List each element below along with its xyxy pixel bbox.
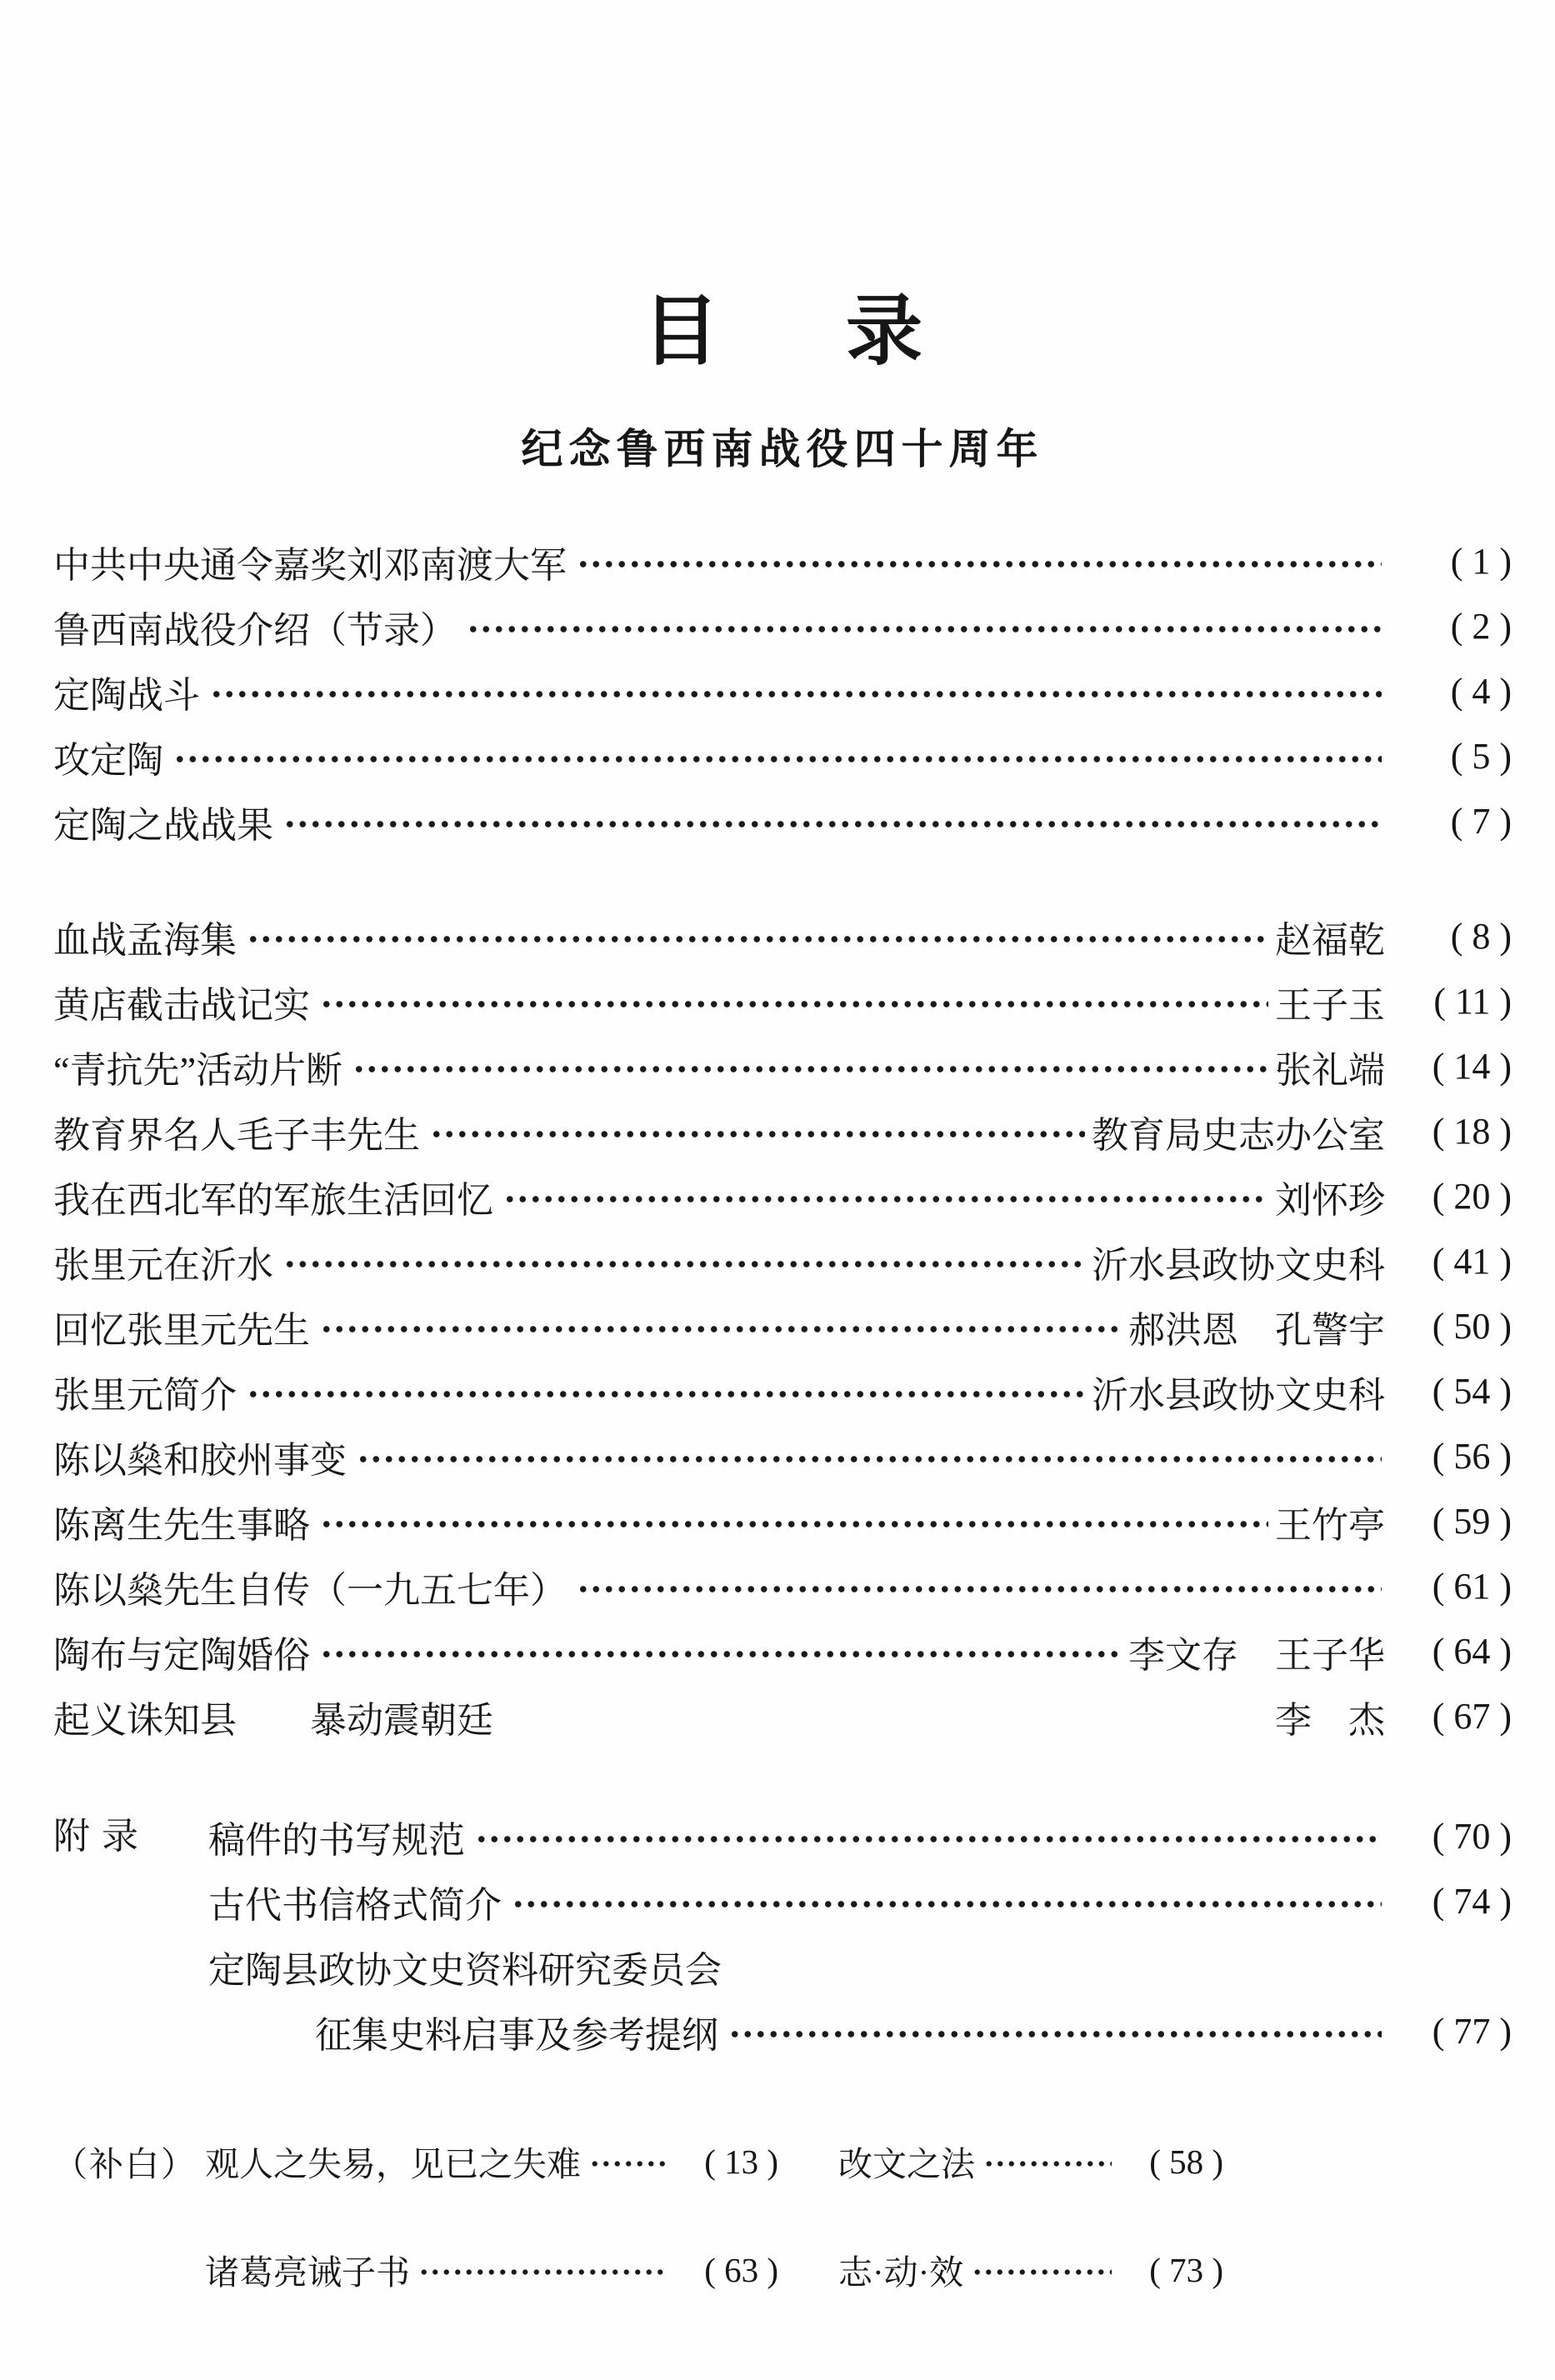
filler-item: 改文之法( 58 ) bbox=[838, 2137, 1223, 2186]
appendix-section: 附录 稿件的书写规范( 70 )古代书信格式简介( 74 )定陶县政协文史资料研… bbox=[53, 1804, 1512, 2064]
entry-page: ( 64 ) bbox=[1388, 1630, 1512, 1672]
entry-author: 沂水县政协文史科 bbox=[1092, 1365, 1385, 1418]
entry-title: 张里元在沂水 bbox=[53, 1235, 273, 1288]
toc-entry: 定陶县政协文史资料研究委员会 bbox=[208, 1934, 1512, 1999]
entry-author: 教育局史志办公室 bbox=[1092, 1105, 1385, 1158]
dotted-leader bbox=[173, 741, 1382, 777]
toc-entry: 起义诛知县 暴动震朝廷李 杰( 67 ) bbox=[53, 1684, 1512, 1749]
toc-entry: 张里元在沂水沂水县政协文史科( 41 ) bbox=[53, 1229, 1512, 1294]
entry-title: 陈离生先生事略 bbox=[53, 1495, 310, 1548]
toc-entry: 陈以燊和胶州事变( 56 ) bbox=[53, 1424, 1512, 1489]
entry-page: ( 58 ) bbox=[1117, 2142, 1223, 2182]
entry-page: ( 56 ) bbox=[1388, 1435, 1512, 1477]
entry-page: ( 54 ) bbox=[1388, 1370, 1512, 1412]
dotted-leader bbox=[283, 1246, 1085, 1282]
entry-title: 张里元简介 bbox=[53, 1365, 237, 1418]
entry-title: 陶布与定陶婚俗 bbox=[53, 1625, 310, 1678]
dotted-leader bbox=[320, 1636, 1122, 1672]
toc-entry: 我在西北军的军旅生活回忆刘怀珍( 20 ) bbox=[53, 1164, 1512, 1229]
toc-entry: 鲁西南战役介绍（节录）( 2 ) bbox=[53, 594, 1512, 659]
filler-item: 诸葛亮诫子书( 63 ) bbox=[205, 2245, 778, 2294]
dotted-leader bbox=[577, 546, 1382, 582]
entry-title: 攻定陶 bbox=[53, 730, 163, 783]
dotted-leader bbox=[430, 1116, 1085, 1152]
entry-page: ( 20 ) bbox=[1388, 1175, 1512, 1217]
entry-title: 教育界名人毛子丰先生 bbox=[53, 1105, 420, 1158]
toc-entry: 黄店截击战记实王子玉( 11 ) bbox=[53, 969, 1512, 1034]
filler-row: 诸葛亮诫子书( 63 )志·动·效( 73 ) bbox=[53, 2216, 1512, 2324]
filler-row: （补白）观人之失易，见已之失难( 13 )改文之法( 58 ) bbox=[53, 2107, 1512, 2216]
filler-item: 观人之失易，见已之失难( 13 ) bbox=[205, 2137, 778, 2186]
entry-author: 张礼端 bbox=[1275, 1040, 1385, 1093]
toc-entry: 血战孟海集赵福乾( 8 ) bbox=[53, 904, 1512, 969]
dotted-leader bbox=[247, 1376, 1085, 1412]
dotted-leader bbox=[357, 1441, 1382, 1477]
entry-title: 回忆张里元先生 bbox=[53, 1300, 310, 1353]
entry-page: ( 41 ) bbox=[1388, 1240, 1512, 1282]
dotted-leader bbox=[972, 2255, 1112, 2289]
filler-label: （补白） bbox=[53, 2137, 205, 2186]
page-title: 目 录 bbox=[53, 0, 1512, 374]
entry-title: 起义诛知县 暴动震朝廷 bbox=[53, 1690, 493, 1743]
entry-title: 古代书信格式简介 bbox=[208, 1875, 502, 1928]
entry-author: 刘怀珍 bbox=[1275, 1170, 1385, 1223]
entry-author: 李文存 王子华 bbox=[1128, 1625, 1385, 1678]
entry-page: ( 77 ) bbox=[1388, 2010, 1512, 2052]
entry-page: ( 1 ) bbox=[1388, 540, 1512, 582]
entry-page: ( 50 ) bbox=[1388, 1305, 1512, 1347]
toc-entry: “青抗先”活动片断张礼端( 14 ) bbox=[53, 1034, 1512, 1099]
toc-entry: 攻定陶( 5 ) bbox=[53, 724, 1512, 789]
toc-entry: 定陶战斗( 4 ) bbox=[53, 659, 1512, 724]
toc-entry: 陈离生先生事略王竹亭( 59 ) bbox=[53, 1489, 1512, 1554]
dotted-leader bbox=[503, 1701, 1268, 1737]
entry-page: ( 5 ) bbox=[1388, 735, 1512, 777]
filler-rows: （补白）观人之失易，见已之失难( 13 )改文之法( 58 )诸葛亮诫子书( 6… bbox=[53, 2107, 1512, 2324]
dotted-leader bbox=[503, 1181, 1268, 1217]
entry-author: 赵福乾 bbox=[1275, 910, 1385, 963]
entry-title: 诸葛亮诫子书 bbox=[205, 2245, 410, 2294]
entry-page: ( 2 ) bbox=[1388, 605, 1512, 647]
dotted-leader bbox=[320, 986, 1268, 1022]
dotted-leader bbox=[512, 1886, 1382, 1922]
toc-entry: 中共中央通令嘉奖刘邓南渡大军( 1 ) bbox=[53, 529, 1512, 594]
entry-page: ( 7 ) bbox=[1388, 800, 1512, 842]
entry-title: 改文之法 bbox=[838, 2137, 975, 2186]
entry-page: ( 73 ) bbox=[1117, 2250, 1223, 2290]
entry-page: ( 14 ) bbox=[1388, 1045, 1512, 1087]
entry-page: ( 8 ) bbox=[1388, 915, 1512, 957]
dotted-leader bbox=[418, 2255, 667, 2289]
dotted-leader bbox=[283, 806, 1382, 842]
entry-title: 陈以燊先生自传（一九五七年） bbox=[53, 1560, 567, 1613]
toc-entry: 征集史料启事及参考提纲( 77 ) bbox=[208, 1999, 1512, 2064]
entry-author: 王子玉 bbox=[1275, 975, 1385, 1028]
entry-title: 定陶之战战果 bbox=[53, 795, 273, 848]
entry-author: 李 杰 bbox=[1275, 1690, 1385, 1743]
toc-entry: 陶布与定陶婚俗李文存 王子华( 64 ) bbox=[53, 1619, 1512, 1684]
dotted-leader bbox=[467, 611, 1382, 647]
entry-title: 志·动·效 bbox=[838, 2245, 963, 2294]
entry-title: “青抗先”活动片断 bbox=[53, 1040, 342, 1093]
toc-page: 目 录 纪念鲁西南战役四十周年 中共中央通令嘉奖刘邓南渡大军( 1 )鲁西南战役… bbox=[0, 0, 1555, 2380]
entry-page: ( 67 ) bbox=[1388, 1695, 1512, 1737]
toc-entry: 回忆张里元先生郝洪恩 孔警宇( 50 ) bbox=[53, 1294, 1512, 1359]
entry-title: 稿件的书写规范 bbox=[208, 1810, 465, 1863]
dotted-leader bbox=[728, 2016, 1382, 2052]
entry-page: ( 70 ) bbox=[1388, 1815, 1512, 1857]
dotted-leader bbox=[589, 2147, 667, 2181]
appendix-label: 附录 bbox=[53, 1804, 208, 2064]
dotted-leader bbox=[247, 921, 1268, 957]
entry-page: ( 63 ) bbox=[672, 2250, 778, 2290]
toc-entry: 教育界名人毛子丰先生教育局史志办公室( 18 ) bbox=[53, 1099, 1512, 1164]
entry-page: ( 11 ) bbox=[1388, 980, 1512, 1022]
entry-page: ( 13 ) bbox=[672, 2142, 778, 2182]
filler-section: （补白）观人之失易，见已之失难( 13 )改文之法( 58 )诸葛亮诫子书( 6… bbox=[53, 2107, 1512, 2324]
entry-title: 鲁西南战役介绍（节录） bbox=[53, 600, 457, 653]
toc-entry: 陈以燊先生自传（一九五七年）( 61 ) bbox=[53, 1554, 1512, 1619]
entry-title: 血战孟海集 bbox=[53, 910, 237, 963]
section-header: 纪念鲁西南战役四十周年 bbox=[53, 426, 1512, 474]
toc-entry: 定陶之战战果( 7 ) bbox=[53, 789, 1512, 854]
entry-page: ( 18 ) bbox=[1388, 1110, 1512, 1152]
entry-page: ( 4 ) bbox=[1388, 670, 1512, 712]
entry-title: 陈以燊和胶州事变 bbox=[53, 1430, 347, 1483]
entry-title: 黄店截击战记实 bbox=[53, 975, 310, 1028]
entry-title: 观人之失易，见已之失难 bbox=[205, 2137, 581, 2186]
entry-title: 我在西北军的军旅生活回忆 bbox=[53, 1170, 493, 1223]
entry-title: 定陶战斗 bbox=[53, 665, 200, 718]
dotted-leader bbox=[983, 2147, 1112, 2181]
entry-author: 沂水县政协文史科 bbox=[1092, 1235, 1385, 1288]
entry-page: ( 74 ) bbox=[1388, 1880, 1512, 1922]
dotted-leader bbox=[577, 1571, 1382, 1607]
dotted-leader bbox=[320, 1506, 1268, 1542]
entry-title: 征集史料启事及参考提纲 bbox=[315, 2005, 718, 2058]
entry-author: 郝洪恩 孔警宇 bbox=[1128, 1300, 1385, 1353]
appendix-list: 稿件的书写规范( 70 )古代书信格式简介( 74 )定陶县政协文史资料研究委员… bbox=[208, 1804, 1512, 2064]
dotted-leader bbox=[352, 1051, 1268, 1087]
toc-entry: 古代书信格式简介( 74 ) bbox=[208, 1869, 1512, 1934]
dotted-leader bbox=[210, 676, 1382, 712]
entry-page: ( 61 ) bbox=[1388, 1565, 1512, 1607]
entry-title: 中共中央通令嘉奖刘邓南渡大军 bbox=[53, 535, 567, 588]
dotted-leader bbox=[475, 1821, 1382, 1857]
toc-list: 中共中央通令嘉奖刘邓南渡大军( 1 )鲁西南战役介绍（节录）( 2 )定陶战斗(… bbox=[53, 529, 1512, 1749]
toc-entry: 张里元简介沂水县政协文史科( 54 ) bbox=[53, 1359, 1512, 1424]
entry-title: 定陶县政协文史资料研究委员会 bbox=[208, 1940, 722, 1993]
filler-item: 志·动·效( 73 ) bbox=[838, 2245, 1223, 2294]
dotted-leader bbox=[732, 1951, 1505, 1987]
dotted-leader bbox=[320, 1311, 1122, 1347]
entry-page: ( 59 ) bbox=[1388, 1500, 1512, 1542]
entry-author: 王竹亭 bbox=[1275, 1495, 1385, 1548]
toc-entry: 稿件的书写规范( 70 ) bbox=[208, 1804, 1512, 1869]
